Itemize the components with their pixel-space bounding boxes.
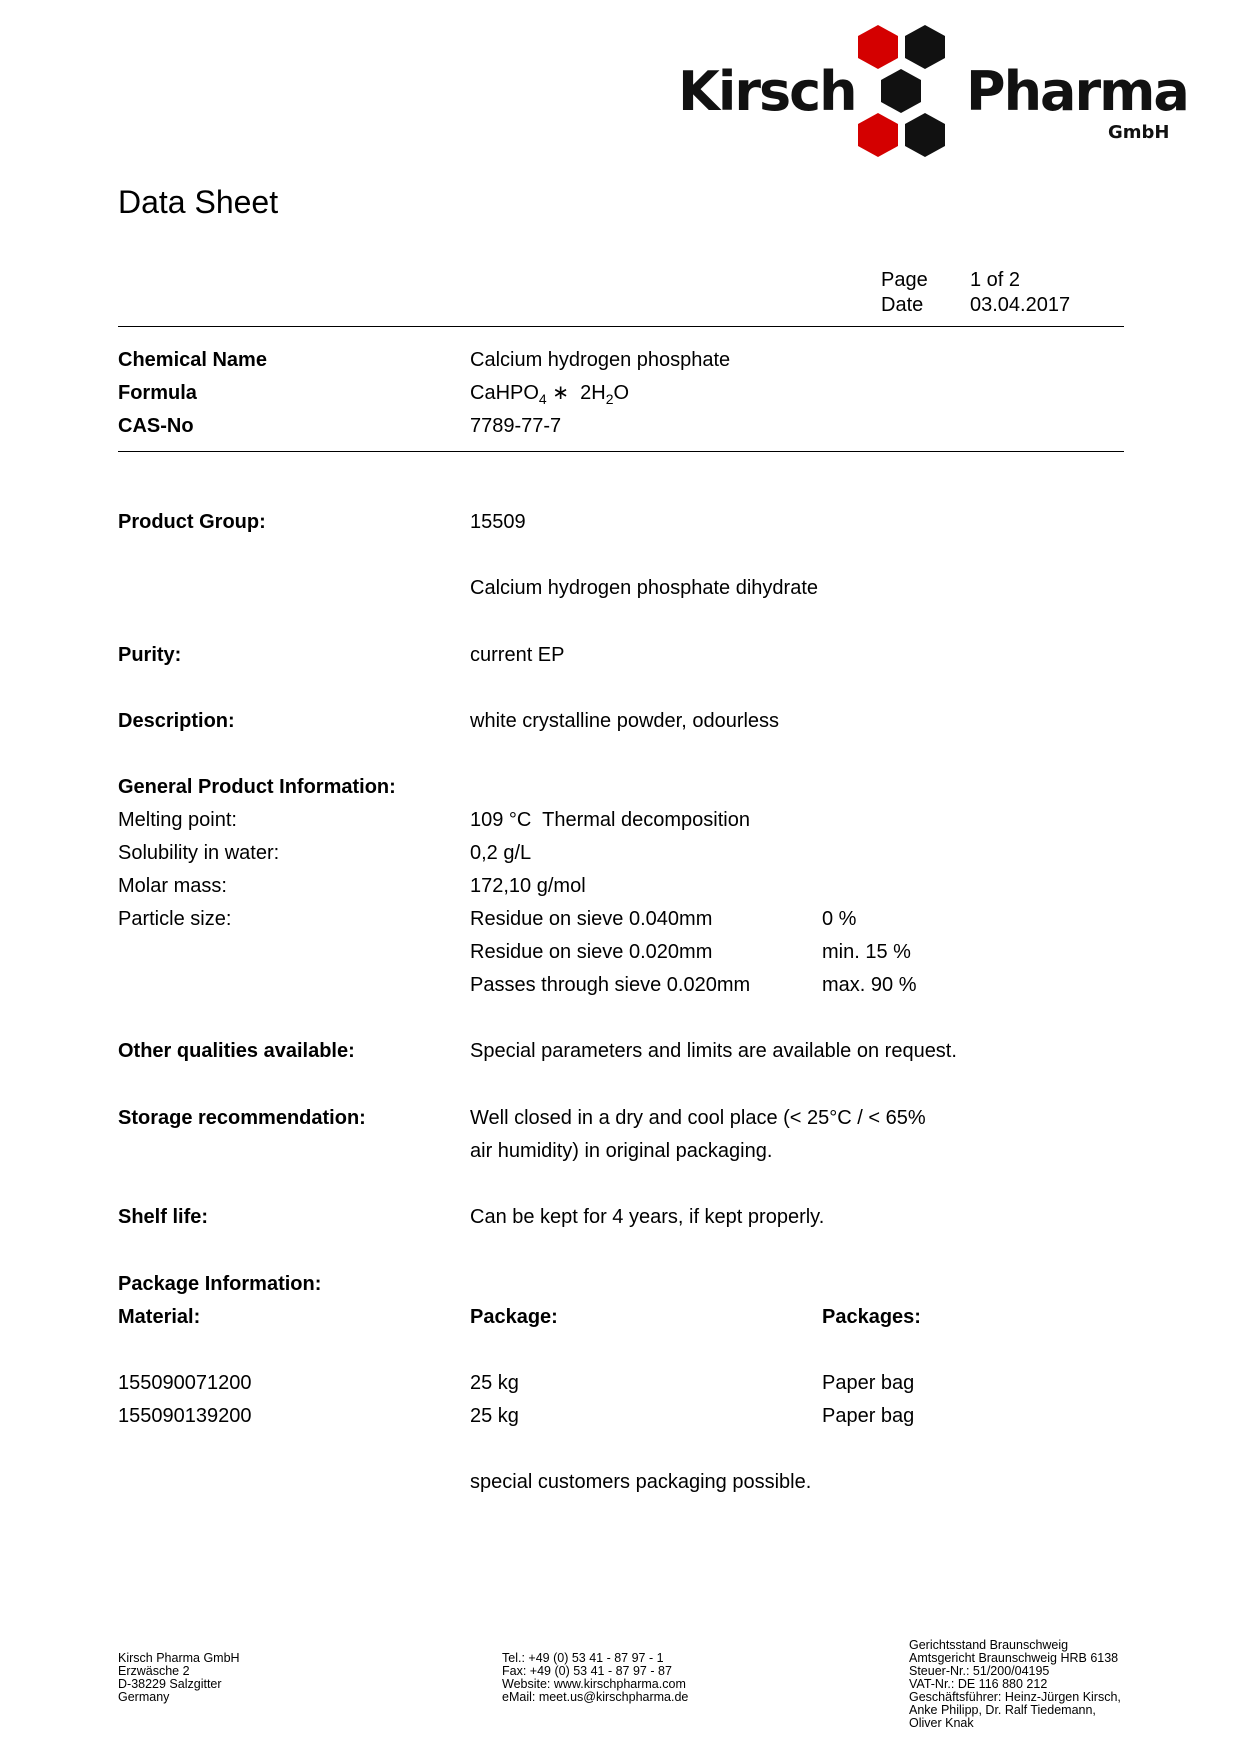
other-qualities-value: Special parameters and limits are availa… [470, 1039, 957, 1063]
formula-part: CaHPO [470, 382, 539, 404]
molar-mass-value: 172,10 g/mol [470, 874, 586, 898]
general-info-heading: General Product Information: [118, 775, 396, 799]
particle-test: Residue on sieve 0.020mm [470, 940, 712, 964]
other-qualities-label: Other qualities available: [118, 1039, 355, 1063]
page-number: 1 of 2 [970, 268, 1020, 292]
column-header-material: Material: [118, 1305, 200, 1329]
cas-value: 7789-77-7 [470, 414, 561, 438]
divider-top [118, 326, 1124, 327]
packaging-note: special customers packaging possible. [470, 1470, 811, 1494]
logo-word-kirsch: Kirsch [678, 60, 856, 123]
particle-size-label: Particle size: [118, 907, 231, 931]
footer-line: Germany [118, 1691, 240, 1704]
hexagon-black-bottom-icon [905, 113, 945, 157]
molar-mass-label: Molar mass: [118, 874, 227, 898]
chemical-name-label: Chemical Name [118, 348, 267, 372]
logo-suffix-gmbh: GmbH [1108, 122, 1169, 143]
formula-value: CaHPO4 ∗ 2H2O [470, 381, 629, 405]
storage-value-line2: air humidity) in original packaging. [470, 1139, 772, 1163]
product-group-label: Product Group: [118, 510, 266, 534]
description-label: Description: [118, 709, 235, 733]
package-info-heading: Package Information: [118, 1272, 321, 1296]
hexagon-red-bottom-icon [858, 113, 898, 157]
footer-email-link[interactable]: eMail: meet.us@kirschpharma.de [502, 1691, 688, 1704]
divider-bottom [118, 451, 1124, 452]
solubility-value: 0,2 g/L [470, 841, 531, 865]
description-value: white crystalline powder, odourless [470, 709, 779, 733]
package-size: 25 kg [470, 1404, 519, 1428]
hexagon-cluster-icon [856, 22, 966, 162]
storage-label: Storage recommendation: [118, 1106, 366, 1130]
date-label: Date [881, 293, 923, 317]
hexagon-black-center-icon [881, 69, 921, 113]
column-header-package: Package: [470, 1305, 558, 1329]
page-title: Data Sheet [118, 184, 278, 220]
package-type: Paper bag [822, 1404, 914, 1428]
formula-part: O [614, 382, 630, 404]
package-type: Paper bag [822, 1371, 914, 1395]
chemical-name-value: Calcium hydrogen phosphate [470, 348, 730, 372]
footer-line: Oliver Knak [909, 1717, 1121, 1730]
logo-word-pharma: Pharma [966, 60, 1188, 123]
page-label: Page [881, 268, 928, 292]
melting-point-label: Melting point: [118, 808, 237, 832]
melting-point-value: 109 °C Thermal decomposition [470, 808, 750, 832]
footer-contact: Tel.: +49 (0) 53 41 - 87 97 - 1 Fax: +49… [502, 1652, 688, 1704]
shelf-life-value: Can be kept for 4 years, if kept properl… [470, 1205, 824, 1229]
formula-subscript: 4 [539, 391, 547, 407]
material-number: 155090071200 [118, 1371, 251, 1395]
hexagon-black-top-icon [905, 25, 945, 69]
purity-label: Purity: [118, 643, 181, 667]
product-group-value: 15509 [470, 510, 526, 534]
formula-part: ∗ 2H [547, 382, 606, 404]
package-size: 25 kg [470, 1371, 519, 1395]
particle-limit: min. 15 % [822, 940, 911, 964]
footer-address: Kirsch Pharma GmbH Erzwäsche 2 D-38229 S… [118, 1652, 240, 1704]
column-header-packages: Packages: [822, 1305, 921, 1329]
particle-limit: max. 90 % [822, 973, 916, 997]
particle-test: Residue on sieve 0.040mm [470, 907, 712, 931]
shelf-life-label: Shelf life: [118, 1205, 208, 1229]
formula-subscript: 2 [606, 391, 614, 407]
purity-value: current EP [470, 643, 564, 667]
cas-label: CAS-No [118, 414, 194, 438]
material-number: 155090139200 [118, 1404, 251, 1428]
solubility-label: Solubility in water: [118, 841, 279, 865]
product-group-name: Calcium hydrogen phosphate dihydrate [470, 576, 818, 600]
company-logo: Kirsch Pharma GmbH [678, 22, 1178, 162]
document-date: 03.04.2017 [970, 293, 1070, 317]
storage-value-line1: Well closed in a dry and cool place (< 2… [470, 1106, 926, 1130]
hexagon-red-top-icon [858, 25, 898, 69]
footer-legal: Gerichtsstand Braunschweig Amtsgericht B… [909, 1639, 1121, 1730]
particle-test: Passes through sieve 0.020mm [470, 973, 750, 997]
particle-limit: 0 % [822, 907, 856, 931]
formula-label: Formula [118, 381, 197, 405]
